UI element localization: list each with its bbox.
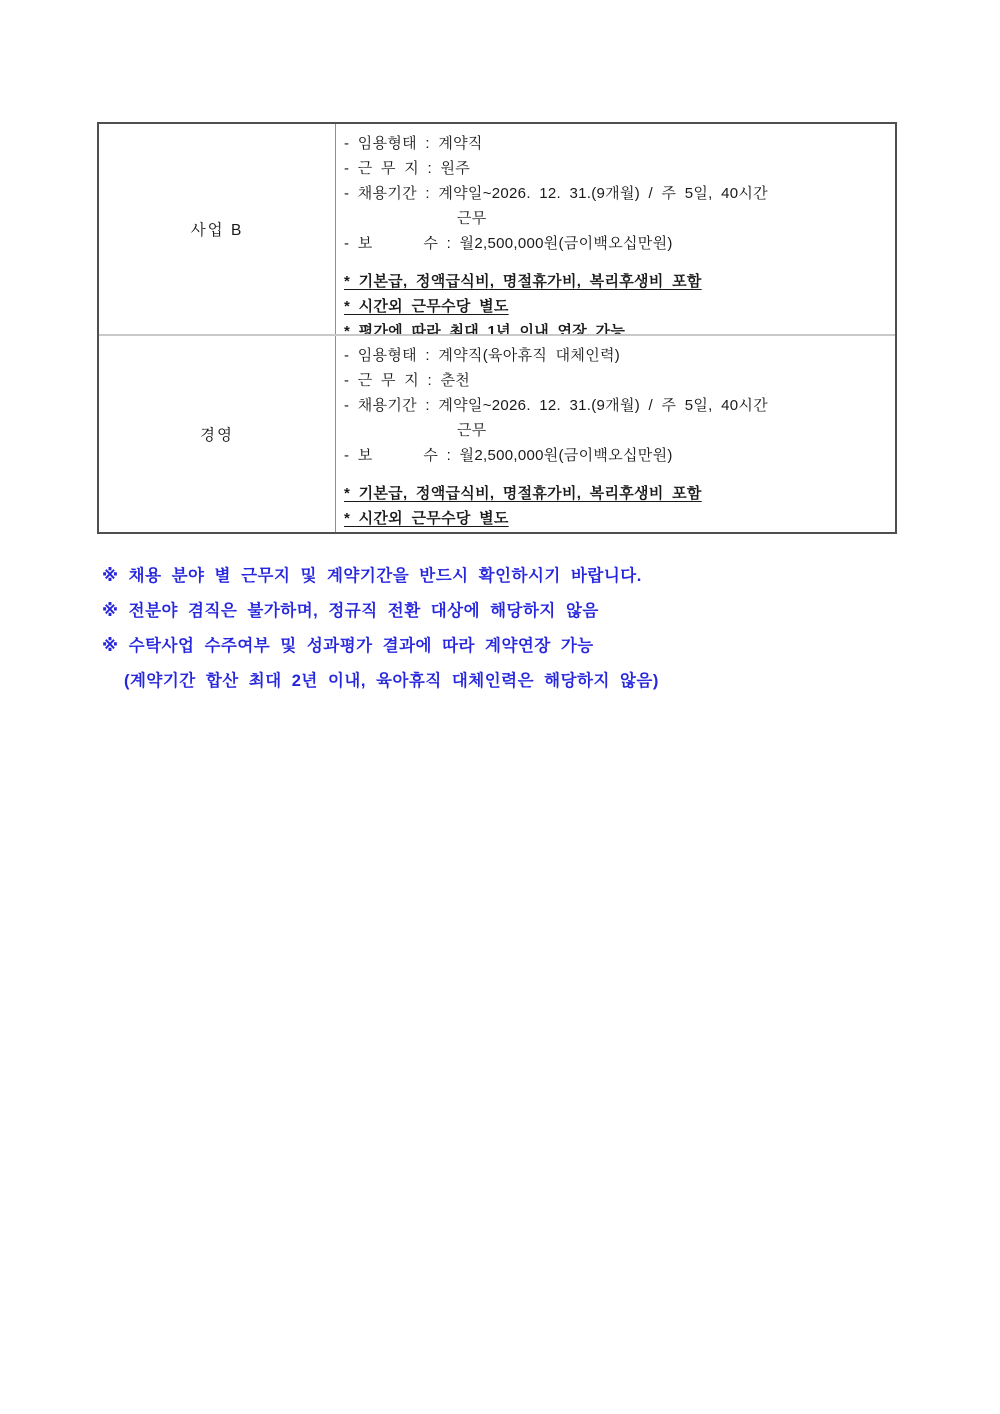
detail-line: - 채용기간 : 계약일~2026. 12. 31.(9개월) / 주 5일, …: [344, 393, 891, 418]
row-label: 사업 B: [191, 218, 244, 240]
starred-note: * 기본급, 정액급식비, 명절휴가비, 복리후생비 포함: [344, 269, 891, 294]
table-row: 사업 B - 임용형태 : 계약직 - 근 무 지 : 원주 - 채용기간 : …: [99, 124, 895, 336]
detail-line: - 근 무 지 : 원주: [344, 156, 891, 181]
footnote-continuation: (계약기간 합산 최대 2년 이내, 육아휴직 대체인력은 해당하지 않음): [102, 664, 902, 699]
recruitment-table: 사업 B - 임용형태 : 계약직 - 근 무 지 : 원주 - 채용기간 : …: [97, 122, 897, 534]
footnotes-section: ※ 채용 분야 별 근무지 및 계약기간을 반드시 확인하시기 바랍니다. ※ …: [102, 559, 902, 699]
row-details-cell: - 임용형태 : 계약직(육아휴직 대체인력) - 근 무 지 : 춘천 - 채…: [336, 336, 895, 532]
footnote: ※ 전분야 겸직은 불가하며, 정규직 전환 대상에 해당하지 않음: [102, 594, 902, 629]
row-label: 경영: [200, 423, 234, 445]
detail-line-continuation: 근무: [344, 206, 891, 231]
blank-line: [344, 468, 891, 481]
detail-line: - 임용형태 : 계약직: [344, 131, 891, 156]
detail-line-continuation: 근무: [344, 418, 891, 443]
starred-note: * 시간외 근무수당 별도: [344, 294, 891, 319]
table-row: 경영 - 임용형태 : 계약직(육아휴직 대체인력) - 근 무 지 : 춘천 …: [99, 336, 895, 532]
row-label-cell: 경영: [99, 336, 336, 532]
footnote: ※ 채용 분야 별 근무지 및 계약기간을 반드시 확인하시기 바랍니다.: [102, 559, 902, 594]
detail-line: - 임용형태 : 계약직(육아휴직 대체인력): [344, 343, 891, 368]
row-details-cell: - 임용형태 : 계약직 - 근 무 지 : 원주 - 채용기간 : 계약일~2…: [336, 124, 895, 334]
detail-line: - 보 수 : 월2,500,000원(금이백오십만원): [344, 443, 891, 468]
blank-line: [344, 256, 891, 269]
footnote: ※ 수탁사업 수주여부 및 성과평가 결과에 따라 계약연장 가능: [102, 629, 902, 664]
row-label-cell: 사업 B: [99, 124, 336, 334]
starred-note: * 평가에 따라 최대 1년 이내 연장 가능: [344, 319, 891, 334]
detail-line: - 근 무 지 : 춘천: [344, 368, 891, 393]
starred-note: * 시간외 근무수당 별도: [344, 506, 891, 531]
document-page: 사업 B - 임용형태 : 계약직 - 근 무 지 : 원주 - 채용기간 : …: [0, 0, 1000, 1414]
detail-line: - 채용기간 : 계약일~2026. 12. 31.(9개월) / 주 5일, …: [344, 181, 891, 206]
starred-note: * 기본급, 정액급식비, 명절휴가비, 복리후생비 포함: [344, 481, 891, 506]
detail-line: - 보 수 : 월2,500,000원(금이백오십만원): [344, 231, 891, 256]
